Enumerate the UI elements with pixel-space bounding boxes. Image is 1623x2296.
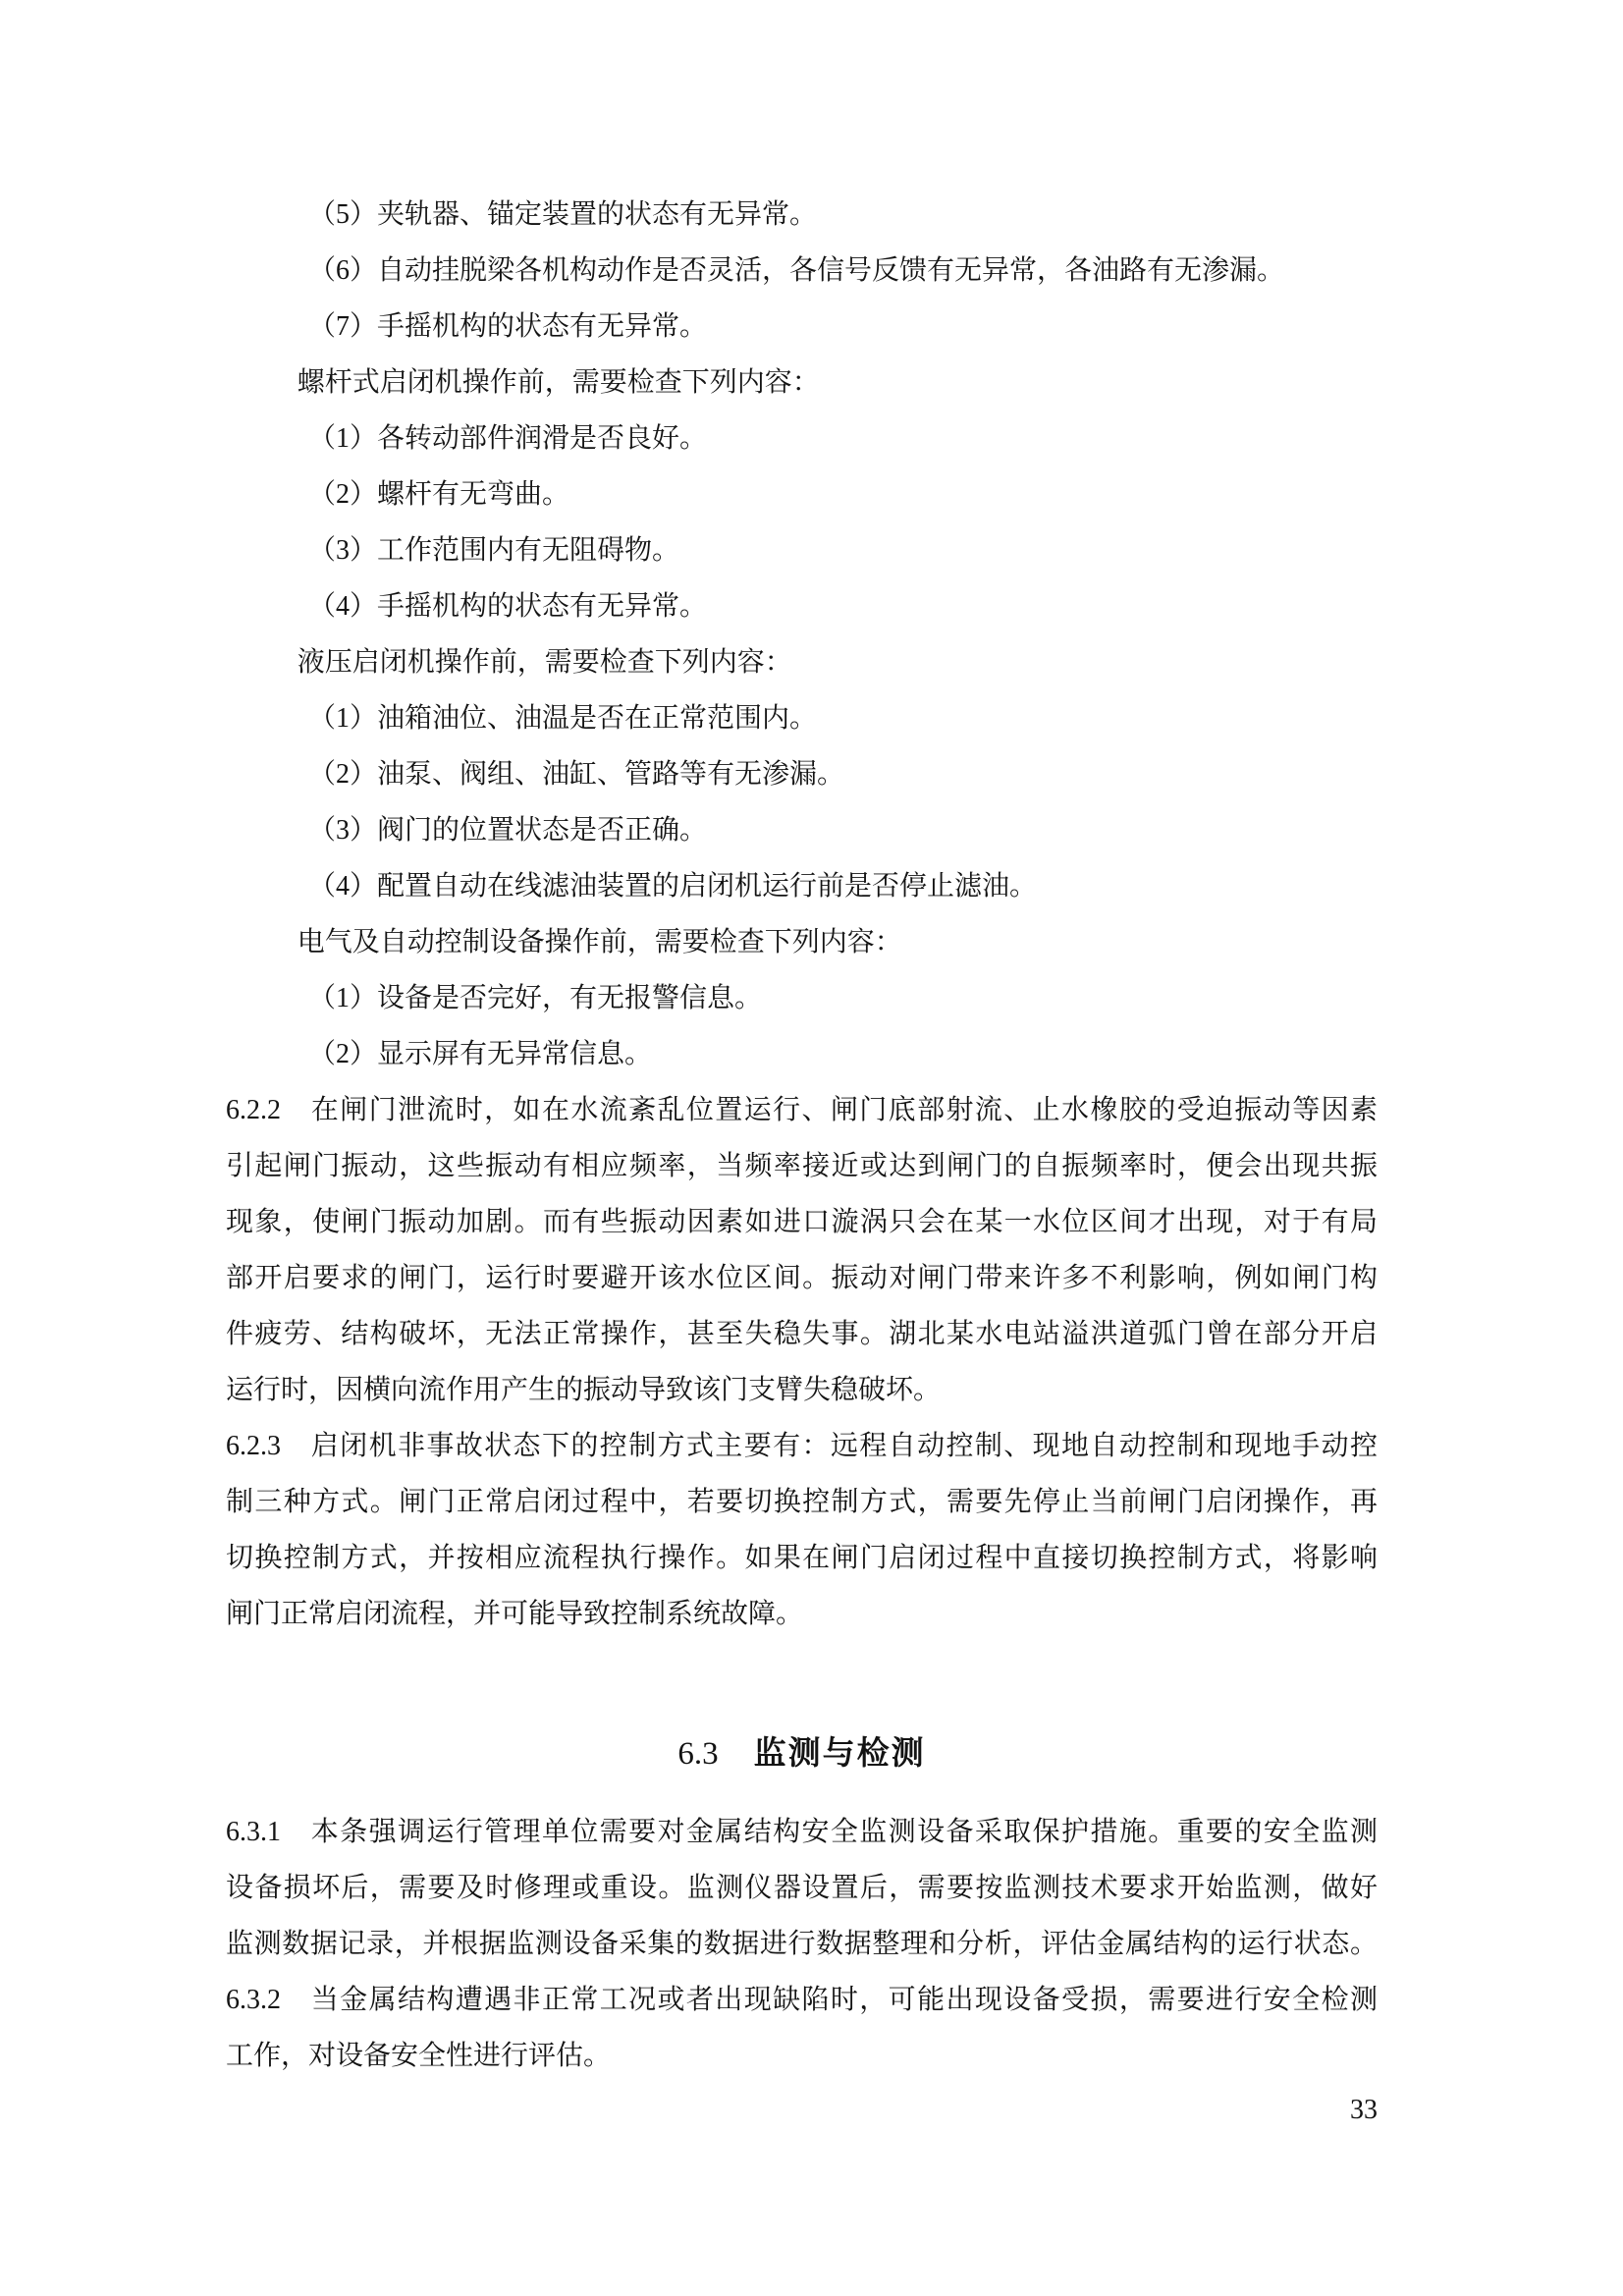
text-line: 现象，使闸门振动加剧。而有些振动因素如进口漩涡只会在某一水位区间才出现，对于有局 [226, 1194, 1378, 1250]
text-line: （2）螺杆有无弯曲。 [226, 466, 1378, 522]
text-line: 6.3.1 本条强调运行管理单位需要对金属结构安全监测设备采取保护措施。重要的安… [226, 1804, 1378, 1860]
text-line: （4）手摇机构的状态有无异常。 [226, 578, 1378, 634]
body-text-block-1: （5）夹轨器、锚定装置的状态有无异常。（6）自动挂脱梁各机构动作是否灵活，各信号… [226, 187, 1378, 1642]
text-line: 件疲劳、结构破坏，无法正常操作，甚至失稳失事。湖北某水电站溢洪道弧门曾在部分开启 [226, 1306, 1378, 1362]
document-page: （5）夹轨器、锚定装置的状态有无异常。（6）自动挂脱梁各机构动作是否灵活，各信号… [0, 0, 1623, 2296]
text-line: （5）夹轨器、锚定装置的状态有无异常。 [226, 187, 1378, 243]
text-line: （7）手摇机构的状态有无异常。 [226, 299, 1378, 355]
text-line: 切换控制方式，并按相应流程执行操作。如果在闸门启闭过程中直接切换控制方式，将影响 [226, 1530, 1378, 1586]
body-text-block-2: 6.3.1 本条强调运行管理单位需要对金属结构安全监测设备采取保护措施。重要的安… [226, 1804, 1378, 2084]
text-line: （3）工作范围内有无阻碍物。 [226, 522, 1378, 578]
text-line: （3）阀门的位置状态是否正确。 [226, 802, 1378, 858]
text-line: 设备损坏后，需要及时修理或重设。监测仪器设置后，需要按监测技术要求开始监测，做好 [226, 1860, 1378, 1916]
text-line: 监测数据记录，并根据监测设备采集的数据进行数据整理和分析，评估金属结构的运行状态… [226, 1916, 1378, 1972]
text-line: 6.2.2 在闸门泄流时，如在水流紊乱位置运行、闸门底部射流、止水橡胶的受迫振动… [226, 1082, 1378, 1138]
text-line: 运行时，因横向流作用产生的振动导致该门支臂失稳破坏。 [226, 1362, 1378, 1418]
text-line: 闸门正常启闭流程，并可能导致控制系统故障。 [226, 1586, 1378, 1642]
text-line: 6.2.3 启闭机非事故状态下的控制方式主要有：远程自动控制、现地自动控制和现地… [226, 1418, 1378, 1474]
text-line: 液压启闭机操作前，需要检查下列内容： [226, 634, 1378, 690]
section-number: 6.3 [677, 1736, 718, 1772]
text-line: （1）油箱油位、油温是否在正常范围内。 [226, 690, 1378, 746]
text-line: 部开启要求的闸门，运行时要避开该水位区间。振动对闸门带来许多不利影响，例如闸门构 [226, 1250, 1378, 1306]
text-line: （4）配置自动在线滤油装置的启闭机运行前是否停止滤油。 [226, 858, 1378, 914]
text-line: 6.3.2 当金属结构遭遇非正常工况或者出现缺陷时，可能出现设备受损，需要进行安… [226, 1972, 1378, 2028]
text-line: 电气及自动控制设备操作前，需要检查下列内容： [226, 914, 1378, 970]
text-line: （2）显示屏有无异常信息。 [226, 1026, 1378, 1082]
text-line: （1）各转动部件润滑是否良好。 [226, 410, 1378, 466]
text-line: 引起闸门振动，这些振动有相应频率，当频率接近或达到闸门的自振频率时，便会出现共振 [226, 1138, 1378, 1194]
text-line: （1）设备是否完好，有无报警信息。 [226, 970, 1378, 1026]
text-line: 工作，对设备安全性进行评估。 [226, 2028, 1378, 2084]
text-line: （2）油泵、阀组、油缸、管路等有无渗漏。 [226, 746, 1378, 802]
section-heading: 6.3监测与检测 [226, 1724, 1378, 1780]
page-number: 33 [1350, 2096, 1378, 2125]
text-line: 螺杆式启闭机操作前，需要检查下列内容： [226, 355, 1378, 410]
text-line: 制三种方式。闸门正常启闭过程中，若要切换控制方式，需要先停止当前闸门启闭操作，再 [226, 1474, 1378, 1530]
text-line: （6）自动挂脱梁各机构动作是否灵活，各信号反馈有无异常，各油路有无渗漏。 [226, 243, 1378, 299]
section-title: 监测与检测 [754, 1733, 926, 1772]
